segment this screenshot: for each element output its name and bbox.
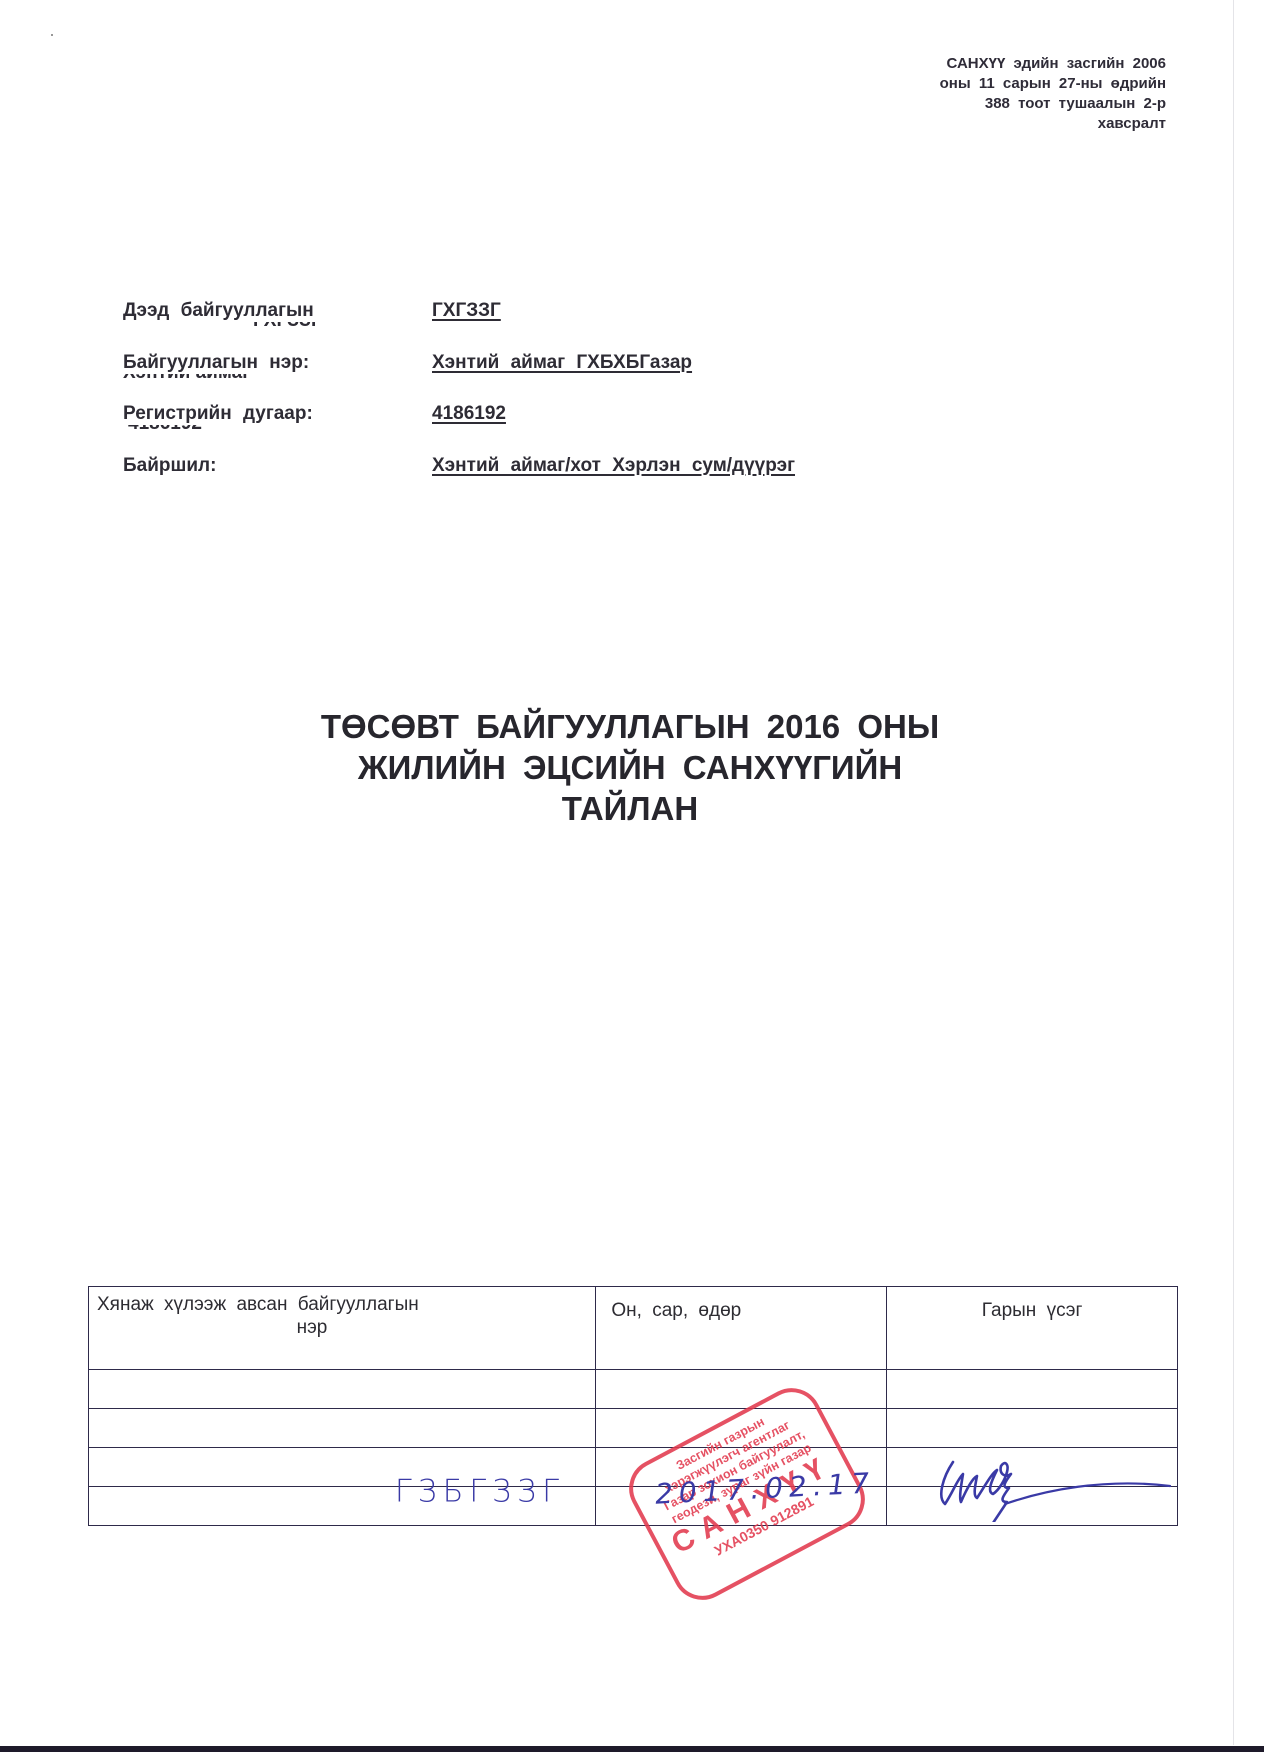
clipped-text-artifact: Хэнтий аймаг bbox=[123, 374, 250, 380]
info-row-parent-org: Дээд байгууллагын ГХГЗЗГ ГХГЗЗГ bbox=[123, 300, 1023, 352]
info-value: 4186192 bbox=[432, 403, 506, 425]
cell-org bbox=[89, 1409, 596, 1448]
annex-note: САНХҮҮ эдийн засгийн 2006 оны 11 сарын 2… bbox=[866, 54, 1166, 134]
clipped-text-artifact: 4186192 bbox=[128, 425, 202, 431]
info-value: ГХГЗЗГ bbox=[432, 300, 501, 322]
info-value: Хэнтий аймаг/хот Хэрлэн сум/дүүрэг bbox=[432, 455, 795, 477]
info-label: Байгууллагын нэр: bbox=[123, 352, 309, 374]
cell-date bbox=[596, 1370, 887, 1409]
signature-icon bbox=[935, 1452, 1175, 1522]
info-value: Хэнтий аймаг ГХБХБГазар bbox=[432, 352, 692, 374]
title-line: ТАЙЛАН bbox=[200, 788, 1060, 829]
info-row-org-name: Байгууллагын нэр: Хэнтий аймаг Хэнтий ай… bbox=[123, 352, 1023, 404]
info-row-location: Байршил: Хэнтий аймаг/хот Хэрлэн сум/дүү… bbox=[123, 455, 1023, 507]
clipped-text-artifact: ГХГЗЗГ bbox=[253, 322, 322, 328]
table-row bbox=[89, 1370, 1178, 1409]
annex-line: оны 11 сарын 27-ны өдрийн bbox=[866, 74, 1166, 94]
scan-bottom-band bbox=[0, 1746, 1264, 1752]
header-signature: Гарын үсэг bbox=[887, 1287, 1178, 1370]
info-row-register-number: Регистрийн дугаар: 4186192 4186192 bbox=[123, 403, 1023, 455]
scan-speck bbox=[51, 34, 53, 36]
annex-line: САНХҮҮ эдийн засгийн 2006 bbox=[866, 54, 1166, 74]
header-date: Он, сар, өдөр bbox=[596, 1287, 887, 1370]
cell-org bbox=[89, 1370, 596, 1409]
annex-line: 388 тоот тушаалын 2-р bbox=[866, 94, 1166, 114]
table-row bbox=[89, 1409, 1178, 1448]
cell-signature bbox=[887, 1409, 1178, 1448]
title-line: ТӨСӨВТ БАЙГУУЛЛАГЫН 2016 ОНЫ bbox=[200, 706, 1060, 747]
handwritten-org: ГЗБГЗЗГ bbox=[395, 1473, 565, 1510]
cell-signature bbox=[887, 1370, 1178, 1409]
title-line: ЖИЛИЙН ЭЦСИЙН САНХҮҮГИЙН bbox=[200, 747, 1060, 788]
page-edge-line bbox=[1233, 0, 1234, 1745]
table-header-row: Хянаж хүлээж авсан байгууллагын нэр Он, … bbox=[89, 1287, 1178, 1370]
info-label: Регистрийн дугаар: bbox=[123, 403, 313, 425]
organization-info: Дээд байгууллагын ГХГЗЗГ ГХГЗЗГ Байгуулл… bbox=[123, 300, 1023, 506]
report-title: ТӨСӨВТ БАЙГУУЛЛАГЫН 2016 ОНЫ ЖИЛИЙН ЭЦСИ… bbox=[200, 706, 1060, 829]
header-org-name: Хянаж хүлээж авсан байгууллагын нэр bbox=[89, 1287, 596, 1370]
info-label: Байршил: bbox=[123, 455, 216, 477]
annex-line: хавсралт bbox=[866, 114, 1166, 134]
info-label: Дээд байгууллагын bbox=[123, 300, 314, 322]
